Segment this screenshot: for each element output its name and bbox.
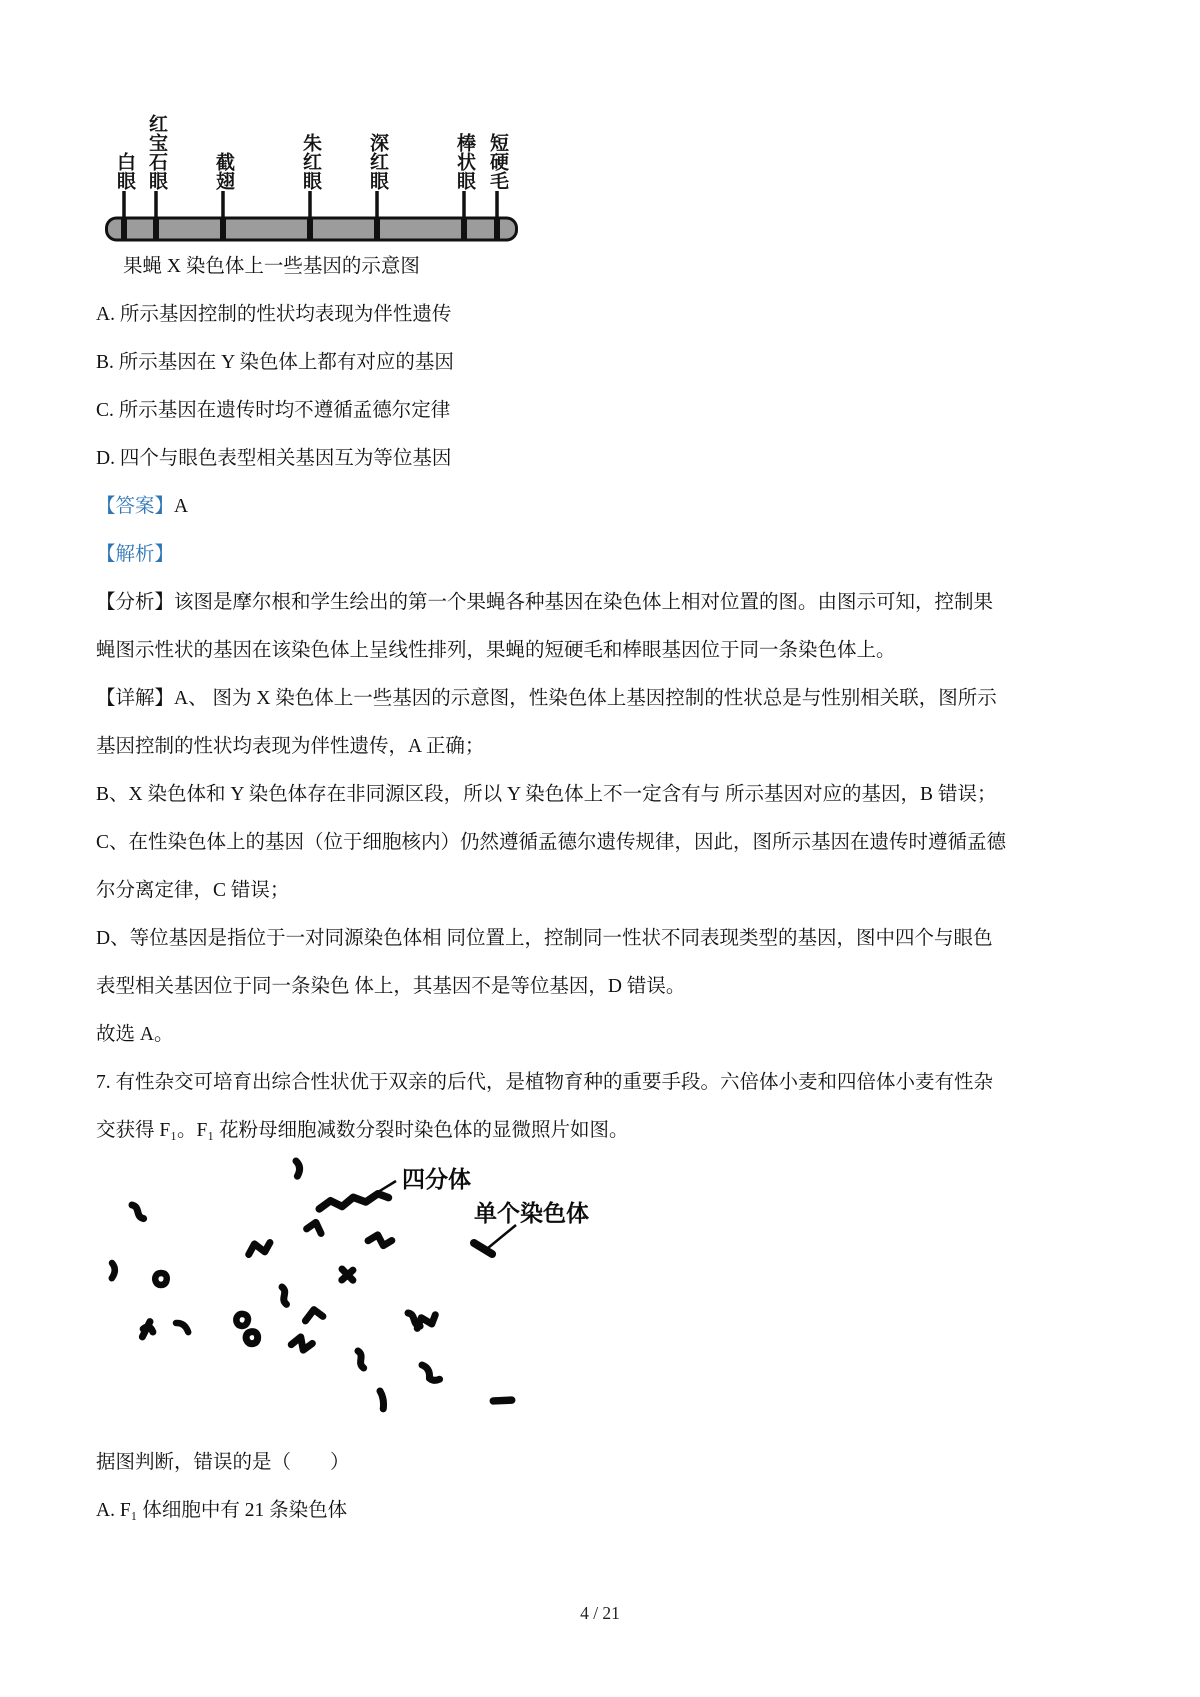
gene-label: 红宝石眼 — [144, 114, 168, 190]
q6-option-b: B. 所示基因在 Y 染色体上都有对应的基因 — [96, 339, 1108, 387]
q7-option-a: A. F₁ 体细胞中有 21 条染色体 — [96, 1487, 1108, 1535]
answer-value: A — [174, 496, 188, 517]
explanation-line: 蝇图示性状的基因在该染色体上呈线性排列，果蝇的短硬毛和棒眼基因位于同一条染色体上… — [96, 627, 1108, 675]
q6-option-c: C. 所示基因在遗传时均不遵循孟德尔定律 — [96, 387, 1108, 435]
explanation-line: B、X 染色体和 Y 染色体存在非同源区段，所以 Y 染色体上不一定含有与 所示… — [96, 771, 1108, 819]
explanation-line: 【分析】该图是摩尔根和学生绘出的第一个果蝇各种基因在染色体上相对位置的图。由图示… — [96, 579, 1108, 627]
tetrad-label: 四分体 — [402, 1166, 471, 1192]
meiosis-photo-figure: 四分体 单个染色体 — [96, 1155, 636, 1439]
q7-stem-line: 7. 有性杂交可培育出综合性状优于双亲的后代，是植物育种的重要手段。六倍体小麦和… — [96, 1059, 1108, 1107]
chromosome-photo: 四分体 单个染色体 — [96, 1155, 636, 1439]
analysis-line: 【解析】 — [96, 531, 1108, 579]
gene-label: 棒状眼 — [452, 133, 476, 190]
explanation-line: 尔分离定律，C 错误； — [96, 867, 1108, 915]
gene-label: 白眼 — [112, 152, 136, 190]
gene-map-figure: 白眼红宝石眼截翅朱红眼深红眼棒状眼短硬毛 — [96, 95, 536, 243]
explanation-line: C、在性染色体上的基因（位于细胞核内）仍然遵循孟德尔遗传规律，因此，图所示基因在… — [96, 819, 1108, 867]
document-page: 白眼红宝石眼截翅朱红眼深红眼棒状眼短硬毛 果蝇 X 染色体上一些基因的示意图 A… — [0, 0, 1200, 1697]
explanation-line: 基因控制的性状均表现为伴性遗传，A 正确； — [96, 723, 1108, 771]
answer-label: 【答案】 — [96, 496, 174, 517]
explanation-line: 【详解】A、 图为 X 染色体上一些基因的示意图，性染色体上基因控制的性状总是与… — [96, 675, 1108, 723]
q6-option-d: D. 四个与眼色表型相关基因互为等位基因 — [96, 435, 1108, 483]
gene-label: 深红眼 — [365, 133, 389, 190]
analysis-label: 【解析】 — [96, 544, 174, 565]
explanation-line: 表型相关基因位于同一条染色 体上，其基因不是等位基因，D 错误。 — [96, 963, 1108, 1011]
q7-stem-line: 交获得 F₁。F₁ 花粉母细胞减数分裂时染色体的显微照片如图。 — [96, 1107, 1108, 1155]
q7-judge-line: 据图判断，错误的是（ ） — [96, 1439, 1108, 1487]
q6-option-a: A. 所示基因控制的性状均表现为伴性遗传 — [96, 291, 1108, 339]
chromosome-blobs — [106, 1161, 511, 1409]
single-chromosome-leader-line — [488, 1225, 516, 1248]
answer-line: 【答案】A — [96, 483, 1108, 531]
gene-label: 短硬毛 — [485, 133, 509, 190]
single-chromosome-label: 单个染色体 — [474, 1200, 589, 1226]
gene-label: 朱红眼 — [298, 133, 322, 190]
gene-label: 截翅 — [211, 152, 235, 190]
figure-caption: 果蝇 X 染色体上一些基因的示意图 — [96, 243, 1108, 291]
explanation-line: D、等位基因是指位于一对同源染色体相 同位置上，控制同一性状不同表现类型的基因，… — [96, 915, 1108, 963]
explanation-line: 故选 A。 — [96, 1011, 1108, 1059]
page-number: 4 / 21 — [0, 1603, 1200, 1624]
